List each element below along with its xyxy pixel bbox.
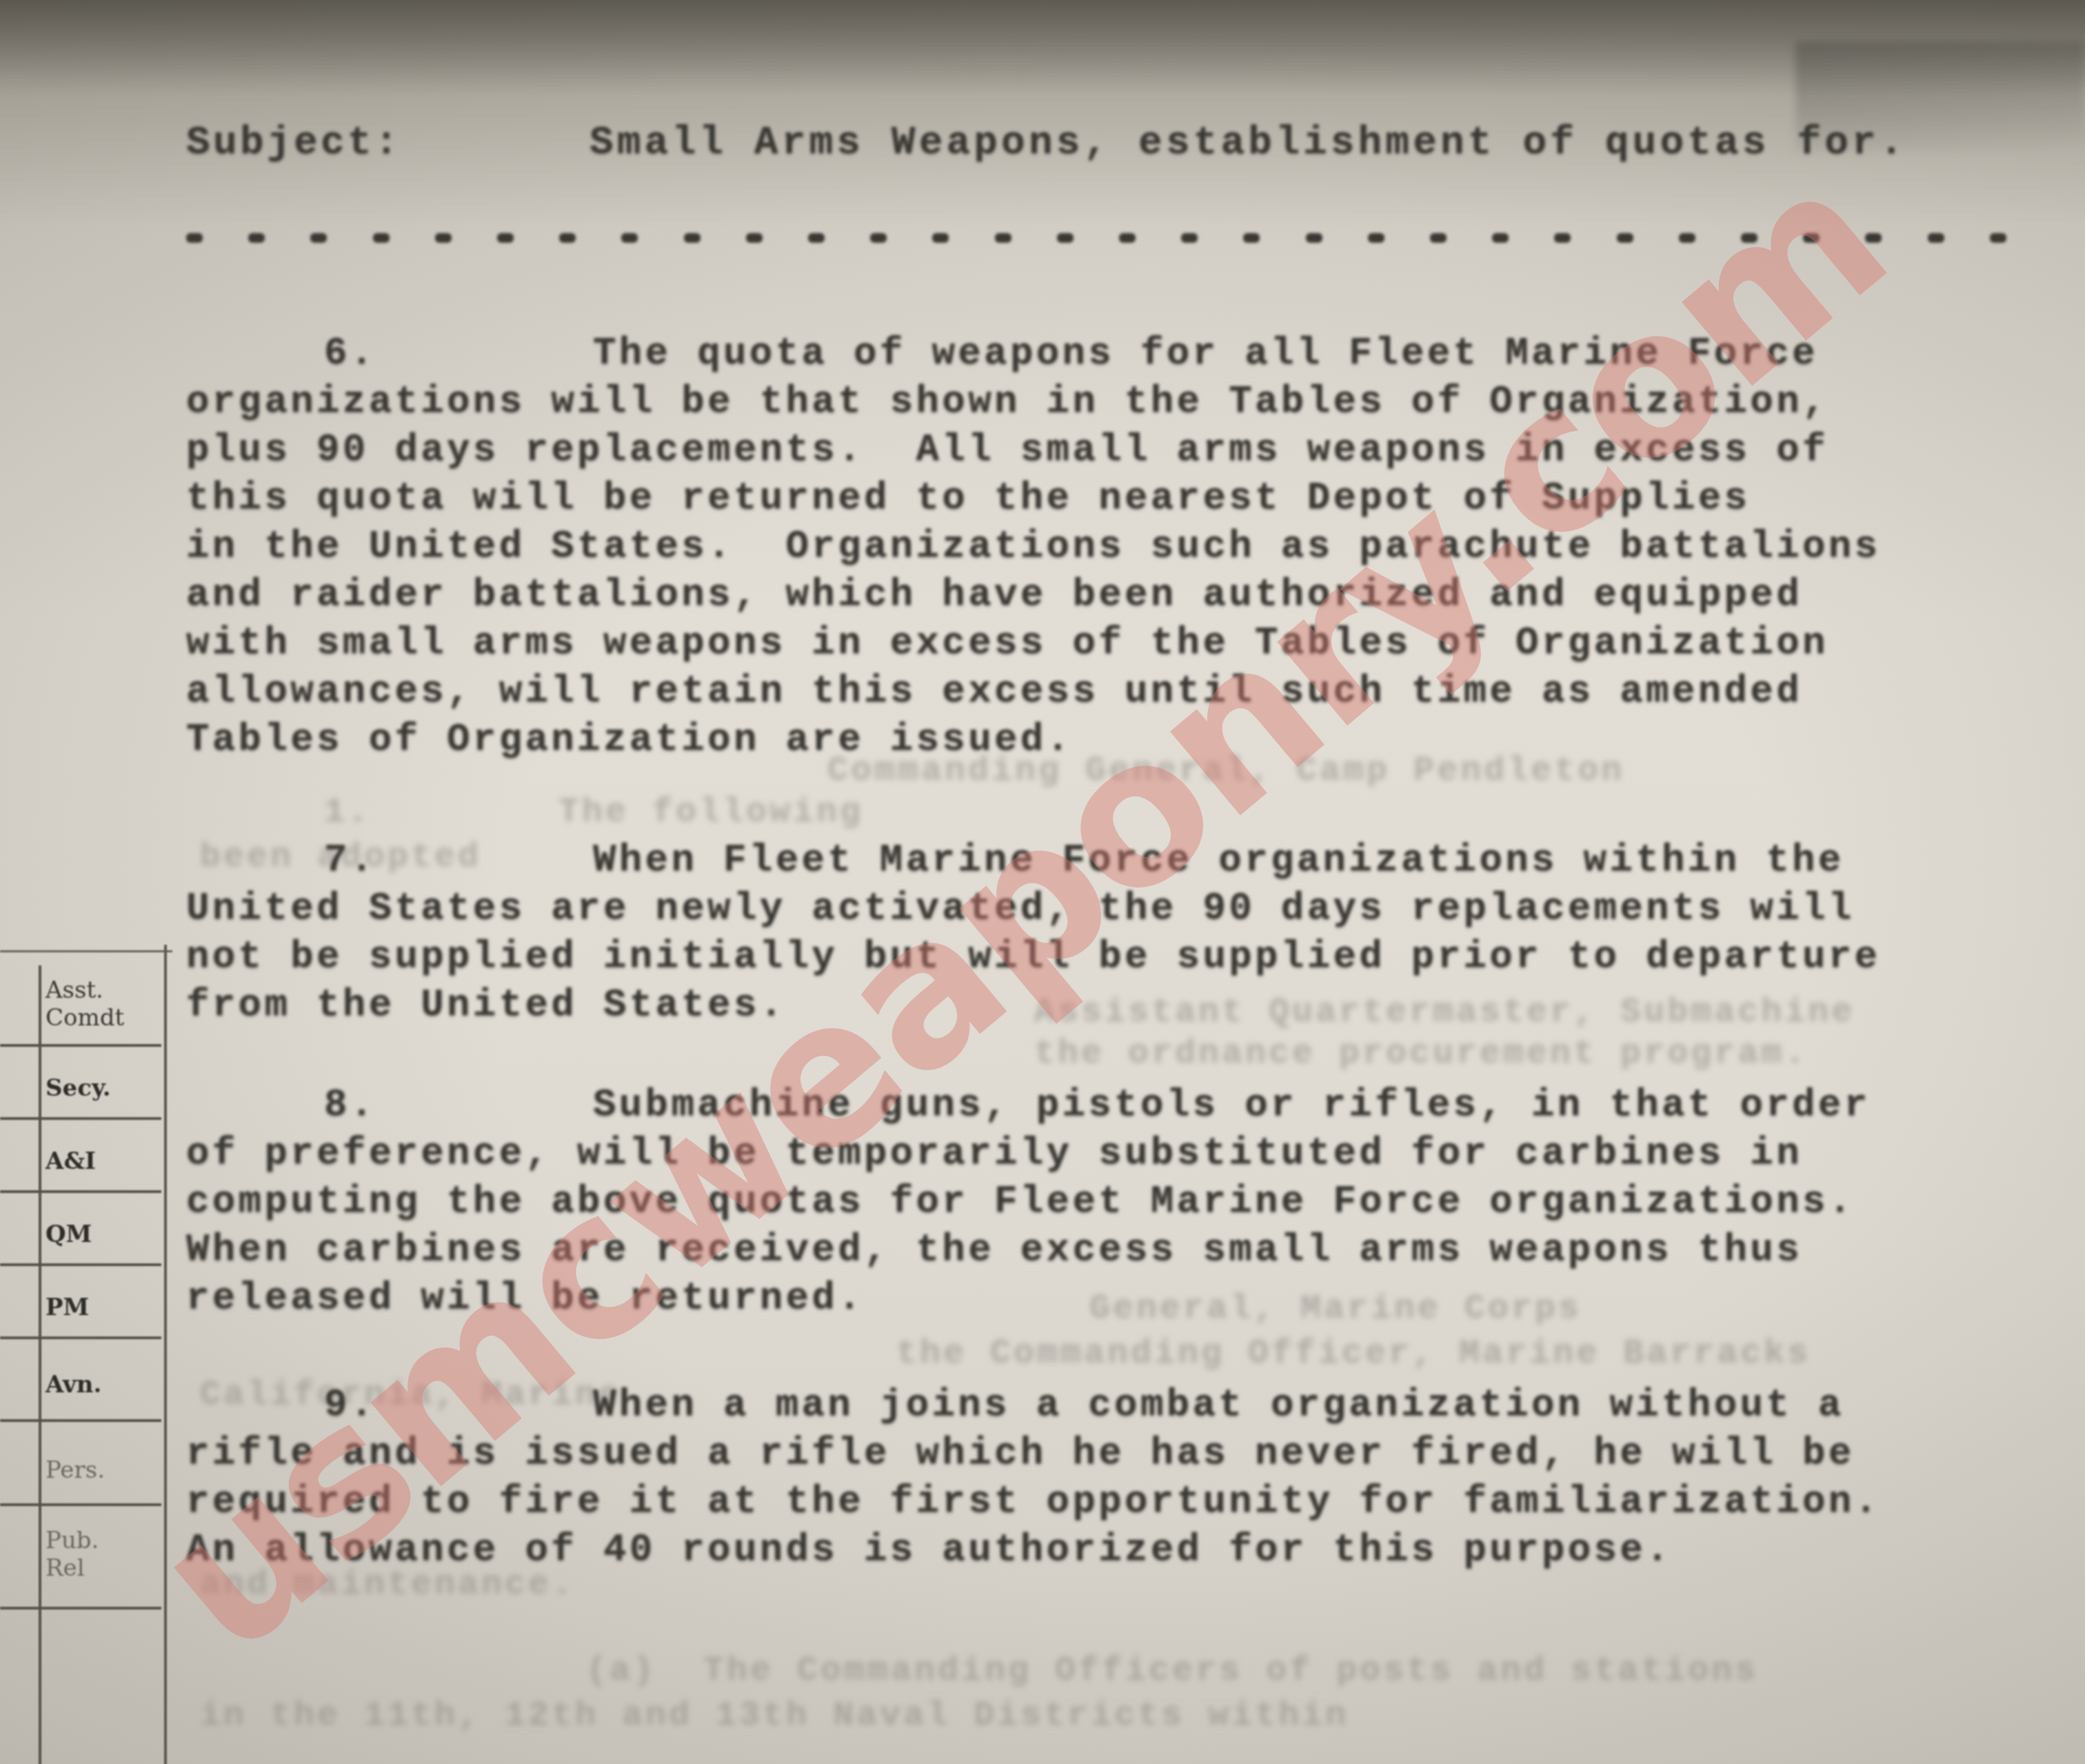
ghost-line: the Commanding Officer, Marine Barracks <box>896 1334 1811 1374</box>
routing-label: QM <box>46 1221 92 1248</box>
divider-dash <box>1119 233 1136 243</box>
paragraph-number: 9. <box>324 1383 376 1427</box>
divider-dash <box>1430 233 1447 243</box>
routing-row-rule <box>0 1607 161 1610</box>
dashed-divider <box>186 224 2006 252</box>
subject-text: Small Arms Weapons, establishment of quo… <box>590 121 1907 166</box>
divider-dash <box>1243 233 1260 243</box>
paragraph-number: 7. <box>324 838 376 882</box>
divider-dash <box>808 233 825 243</box>
divider-dash <box>1368 233 1384 243</box>
paragraph-line: with small arms weapons in excess of the… <box>186 621 1829 665</box>
routing-label: PM <box>46 1294 89 1321</box>
routing-entry-avn: Avn. <box>0 1339 164 1422</box>
paragraph-line: from the United States. <box>186 983 786 1027</box>
routing-entry-pub-rel: Pub. Rel <box>0 1506 164 1610</box>
routing-label: A&I <box>46 1147 96 1175</box>
paragraph-line: Tables of Organization are issued. <box>186 717 1072 761</box>
paragraph-line: rifle and is issued a rifle which he has… <box>186 1431 1855 1475</box>
paragraph-line: United States are newly activated, the 9… <box>186 886 1855 930</box>
routing-entry-pm: PM <box>0 1266 164 1339</box>
divider-dash <box>1865 233 1882 243</box>
routing-top-rule <box>0 950 172 952</box>
divider-dash <box>932 233 949 243</box>
paragraph-line: organizations will be that shown in the … <box>186 379 1829 423</box>
divider-dash <box>995 233 1011 243</box>
paragraph-line: this quota will be returned to the neare… <box>186 476 1750 520</box>
divider-dash <box>1990 233 2006 243</box>
paragraph-line: required to fire it at the first opportu… <box>186 1479 1880 1523</box>
routing-entry-secy: Secy. <box>0 1047 164 1120</box>
photo-shadow-top <box>0 0 2085 97</box>
ghost-line: 1. The following <box>324 793 863 832</box>
ghost-line: in the 11th, 12th and 13th Naval Distric… <box>200 1696 1349 1736</box>
paragraph-number: 8. <box>324 1083 376 1127</box>
paragraph-line: plus 90 days replacements. All small arm… <box>186 428 1829 472</box>
routing-slip: Asst. Comdt Secy. A&I QM PM Avn. Pers. P… <box>0 945 172 1764</box>
routing-label: Secy. <box>46 1074 111 1102</box>
paragraph-line: released will be returned. <box>186 1276 864 1320</box>
paragraph-line: Submachine guns, pistols or rifles, in t… <box>593 1083 1870 1127</box>
paragraph-line: and raider battalions, which have been a… <box>186 572 1802 617</box>
divider-dash <box>1306 233 1322 243</box>
routing-entry-pers: Pers. <box>0 1422 164 1506</box>
subject-label: Subject: <box>186 121 401 166</box>
divider-dash <box>746 233 763 243</box>
divider-dash <box>248 233 265 243</box>
divider-dash <box>1057 233 1074 243</box>
paragraph-line: not be supplied initially but will be su… <box>186 934 1880 979</box>
divider-dash <box>186 233 203 243</box>
routing-entry-a-and-i: A&I <box>0 1120 164 1193</box>
routing-right-rule <box>164 945 167 1764</box>
paragraph-line: allowances, will retain this excess unti… <box>186 669 1802 713</box>
ghost-line: (a) The Commanding Officers of posts and… <box>586 1652 1758 1691</box>
routing-entry-asst-comdt: Asst. Comdt <box>0 965 164 1047</box>
paragraph-number: 6. <box>324 331 376 375</box>
paragraph-line: in the United States. Organizations such… <box>186 524 1880 568</box>
divider-dash <box>684 233 701 243</box>
routing-label: Pub. Rel <box>46 1527 99 1582</box>
paragraph-line: When carbines are received, the excess s… <box>186 1227 1802 1272</box>
ghost-line: Assistant Quartermaster, Submachine <box>1034 993 1855 1032</box>
divider-dash <box>1554 233 1571 243</box>
paragraph-line: The quota of weapons for all Fleet Marin… <box>593 331 1818 375</box>
ghost-line: California, Marine <box>200 1376 622 1415</box>
routing-label: Pers. <box>46 1456 105 1484</box>
divider-dash <box>1181 233 1198 243</box>
routing-entry-qm: QM <box>0 1193 164 1266</box>
divider-dash <box>870 233 887 243</box>
divider-dash <box>497 233 514 243</box>
ghost-line: the ordnance procurement program. <box>1034 1034 1808 1074</box>
divider-dash <box>373 233 390 243</box>
divider-dash <box>559 233 576 243</box>
divider-dash <box>1617 233 1633 243</box>
paragraph-line: An allowance of 40 rounds is authorized … <box>186 1527 1672 1572</box>
divider-dash <box>435 233 452 243</box>
divider-dash <box>1741 233 1757 243</box>
divider-dash <box>1492 233 1509 243</box>
paragraph-line: When a man joins a combat organization w… <box>593 1383 1844 1427</box>
ghost-line: General, Marine Corps <box>1089 1290 1582 1329</box>
divider-dash <box>1803 233 1820 243</box>
routing-label: Asst. Comdt <box>46 976 124 1032</box>
paragraph-line: of preference, will be temporarily subst… <box>186 1131 1802 1175</box>
divider-dash <box>310 233 327 243</box>
paragraph-line: When Fleet Marine Force organizations wi… <box>593 838 1844 882</box>
paragraph-line: computing the above quotas for Fleet Mar… <box>186 1179 1855 1223</box>
divider-dash <box>1928 233 1944 243</box>
divider-dash <box>1679 233 1695 243</box>
divider-dash <box>621 233 638 243</box>
routing-label: Avn. <box>46 1371 101 1399</box>
